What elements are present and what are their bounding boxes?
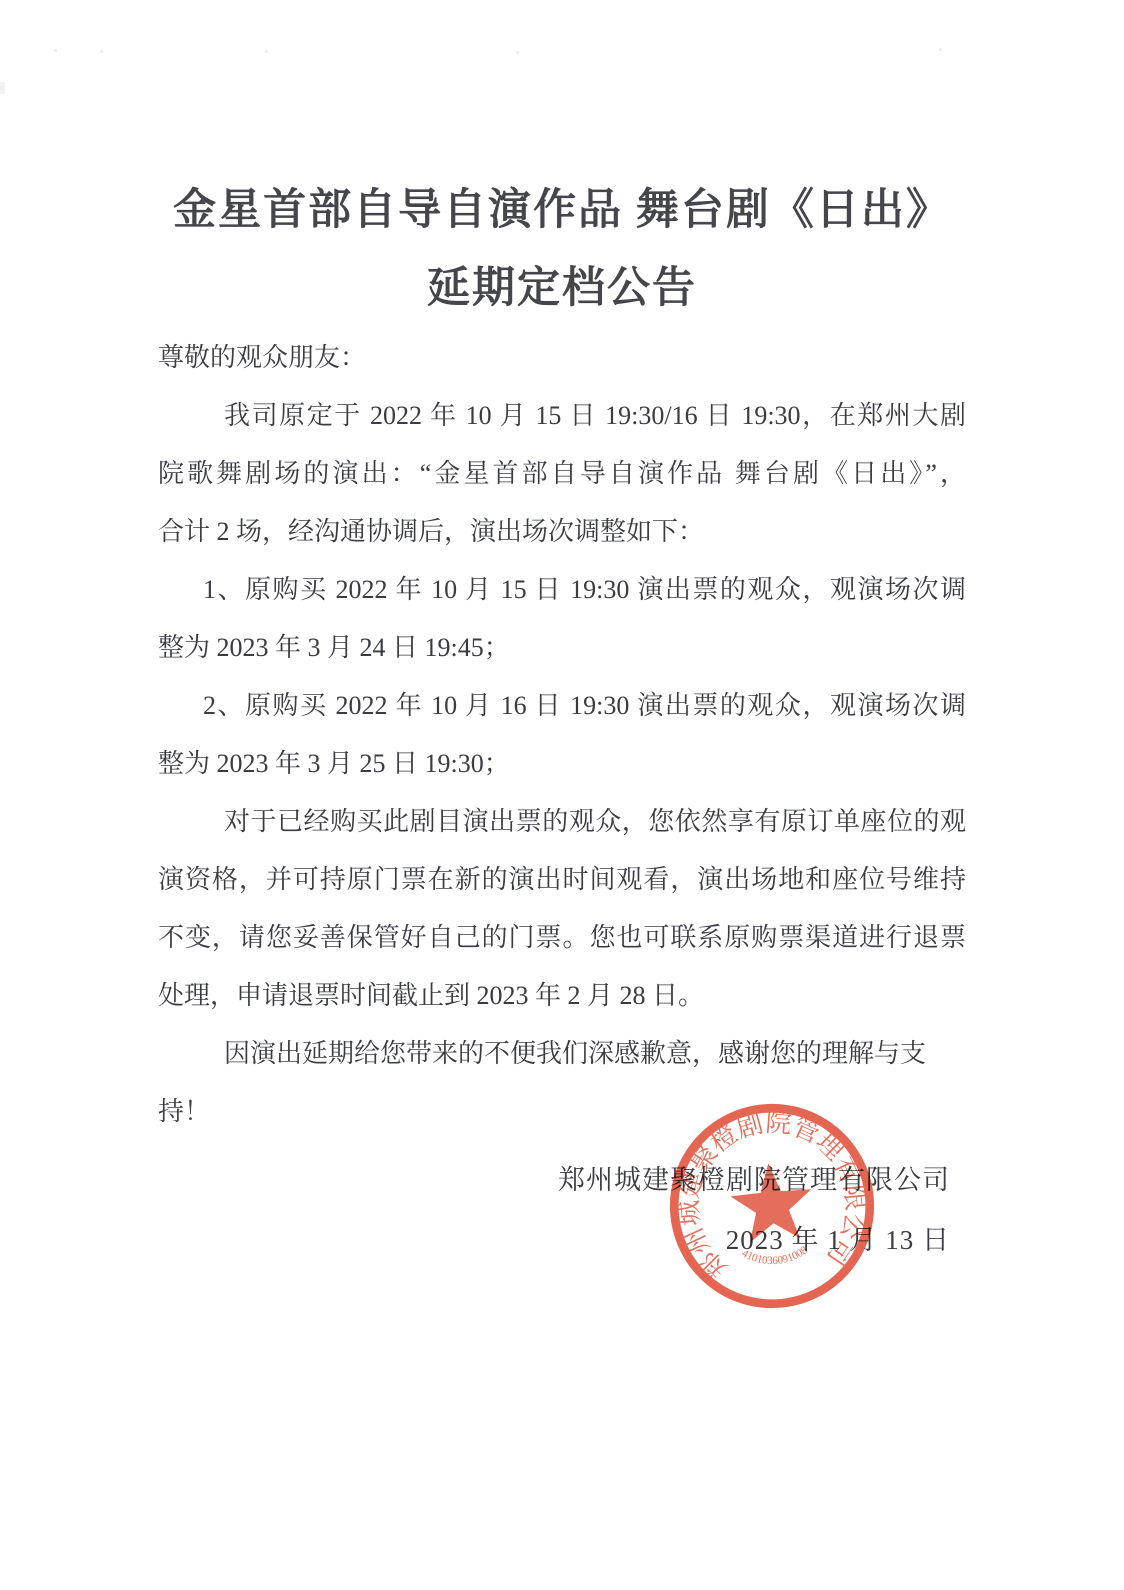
signature-block: 郑州城建聚橙剧院管理有限公司 2023 年 1 月 13 日 <box>158 1150 966 1270</box>
signature-company: 郑州城建聚橙剧院管理有限公司 <box>158 1150 950 1210</box>
document-title-line-2: 延期定档公告 <box>0 250 1124 328</box>
body-line: 1、原购买 2022 年 10 月 15 日 19:30 演出票的观众，观演场次… <box>158 561 966 619</box>
scan-artifact <box>939 48 942 51</box>
body-line: 处理，申请退票时间截止到 2023 年 2 月 28 日。 <box>158 967 966 1025</box>
body-line: 不变，请您妥善保管好自己的门票。您也可联系原购票渠道进行退票 <box>158 909 966 967</box>
body-line: 持！ <box>158 1083 966 1141</box>
body-line: 对于已经购买此剧目演出票的观众，您依然享有原订单座位的观 <box>158 793 966 851</box>
scan-artifact <box>516 51 519 54</box>
document-title-line-1: 金星首部自导自演作品 舞台剧《日出》 <box>0 172 1124 250</box>
body-line: 院歌舞剧场的演出：“金星首部自导自演作品 舞台剧《日出》”， <box>158 445 966 503</box>
body-line: 尊敬的观众朋友： <box>158 329 966 387</box>
document-title: 金星首部自导自演作品 舞台剧《日出》 延期定档公告 <box>0 0 1124 328</box>
body-line: 演资格，并可持原门票在新的演出时间观看，演出场地和座位号维持 <box>158 851 966 909</box>
scan-artifact <box>100 50 103 53</box>
signature-date: 2023 年 1 月 13 日 <box>158 1210 950 1270</box>
scan-artifact <box>0 82 5 94</box>
body-line: 整为 2023 年 3 月 24 日 19:45； <box>158 619 966 677</box>
body-lines: 尊敬的观众朋友：我司原定于 2022 年 10 月 15 日 19:30/16 … <box>158 329 966 1141</box>
scan-artifact <box>265 50 268 53</box>
body-line: 2、原购买 2022 年 10 月 16 日 19:30 演出票的观众，观演场次… <box>158 677 966 735</box>
body-line: 因演出延期给您带来的不便我们深感歉意，感谢您的理解与支 <box>158 1025 966 1083</box>
body-line: 整为 2023 年 3 月 25 日 19:30； <box>158 735 966 793</box>
scan-artifact <box>54 49 57 52</box>
body-line: 我司原定于 2022 年 10 月 15 日 19:30/16 日 19:30，… <box>158 387 966 445</box>
body-line: 合计 2 场，经沟通协调后，演出场次调整如下： <box>158 503 966 561</box>
announcement-document: 金星首部自导自演作品 舞台剧《日出》 延期定档公告 尊敬的观众朋友：我司原定于 … <box>0 0 1124 1590</box>
